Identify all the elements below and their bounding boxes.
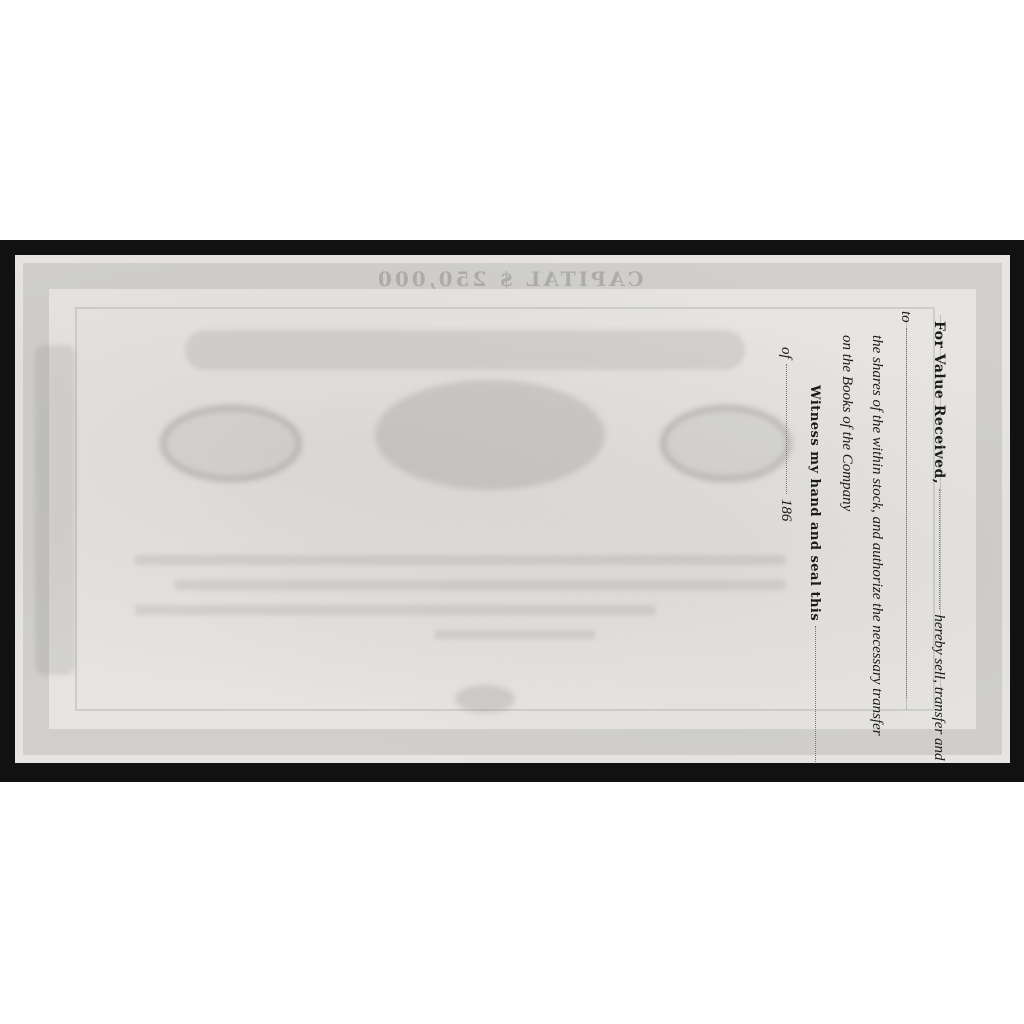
text-of: of [778, 347, 794, 359]
assignment-line-3: the shares of the within stock, and auth… [868, 335, 888, 736]
show-through-left-vignette [35, 345, 75, 675]
assignment-line-4: on the Books of the Company [838, 335, 858, 511]
show-through-seal [455, 685, 515, 713]
assignment-line-2: to [897, 311, 917, 698]
heading-for-value-received: For Value Received, [931, 321, 947, 484]
show-through-right-oval [660, 405, 792, 482]
text-year-186: 186 [778, 499, 794, 522]
blank-month-field[interactable] [786, 364, 787, 494]
blank-assignor-field[interactable] [939, 489, 940, 609]
assignment-line-5: Witness my hand and seal this day [806, 385, 826, 763]
text-shares-within-stock: the shares of the within stock, and auth… [869, 335, 885, 736]
show-through-left-oval [160, 405, 302, 482]
blank-day-field[interactable] [815, 626, 816, 763]
blank-assignee-field[interactable] [906, 328, 907, 698]
text-books-of-company: on the Books of the Company [839, 335, 855, 511]
text-witness-hand-seal: Witness my hand and seal this [807, 385, 822, 621]
show-through-text-line [435, 630, 595, 639]
show-through-text-line [135, 555, 785, 565]
show-through-company-title [185, 330, 745, 370]
assignment-line-6: of 186 [777, 347, 797, 521]
certificate-paper: CAPITAL $ 250,000 For Value Received, he… [15, 255, 1010, 763]
show-through-vignette [375, 380, 605, 490]
text-to: to [898, 311, 914, 323]
show-through-text-line [175, 580, 785, 590]
assignment-line-1: For Value Received, hereby sell, transfe… [930, 321, 950, 763]
show-through-text-line [135, 605, 655, 615]
show-through-capital-banner: CAPITAL $ 250,000 [375, 267, 644, 291]
text-sell-transfer-assign: hereby sell, transfer and assign [931, 614, 947, 763]
